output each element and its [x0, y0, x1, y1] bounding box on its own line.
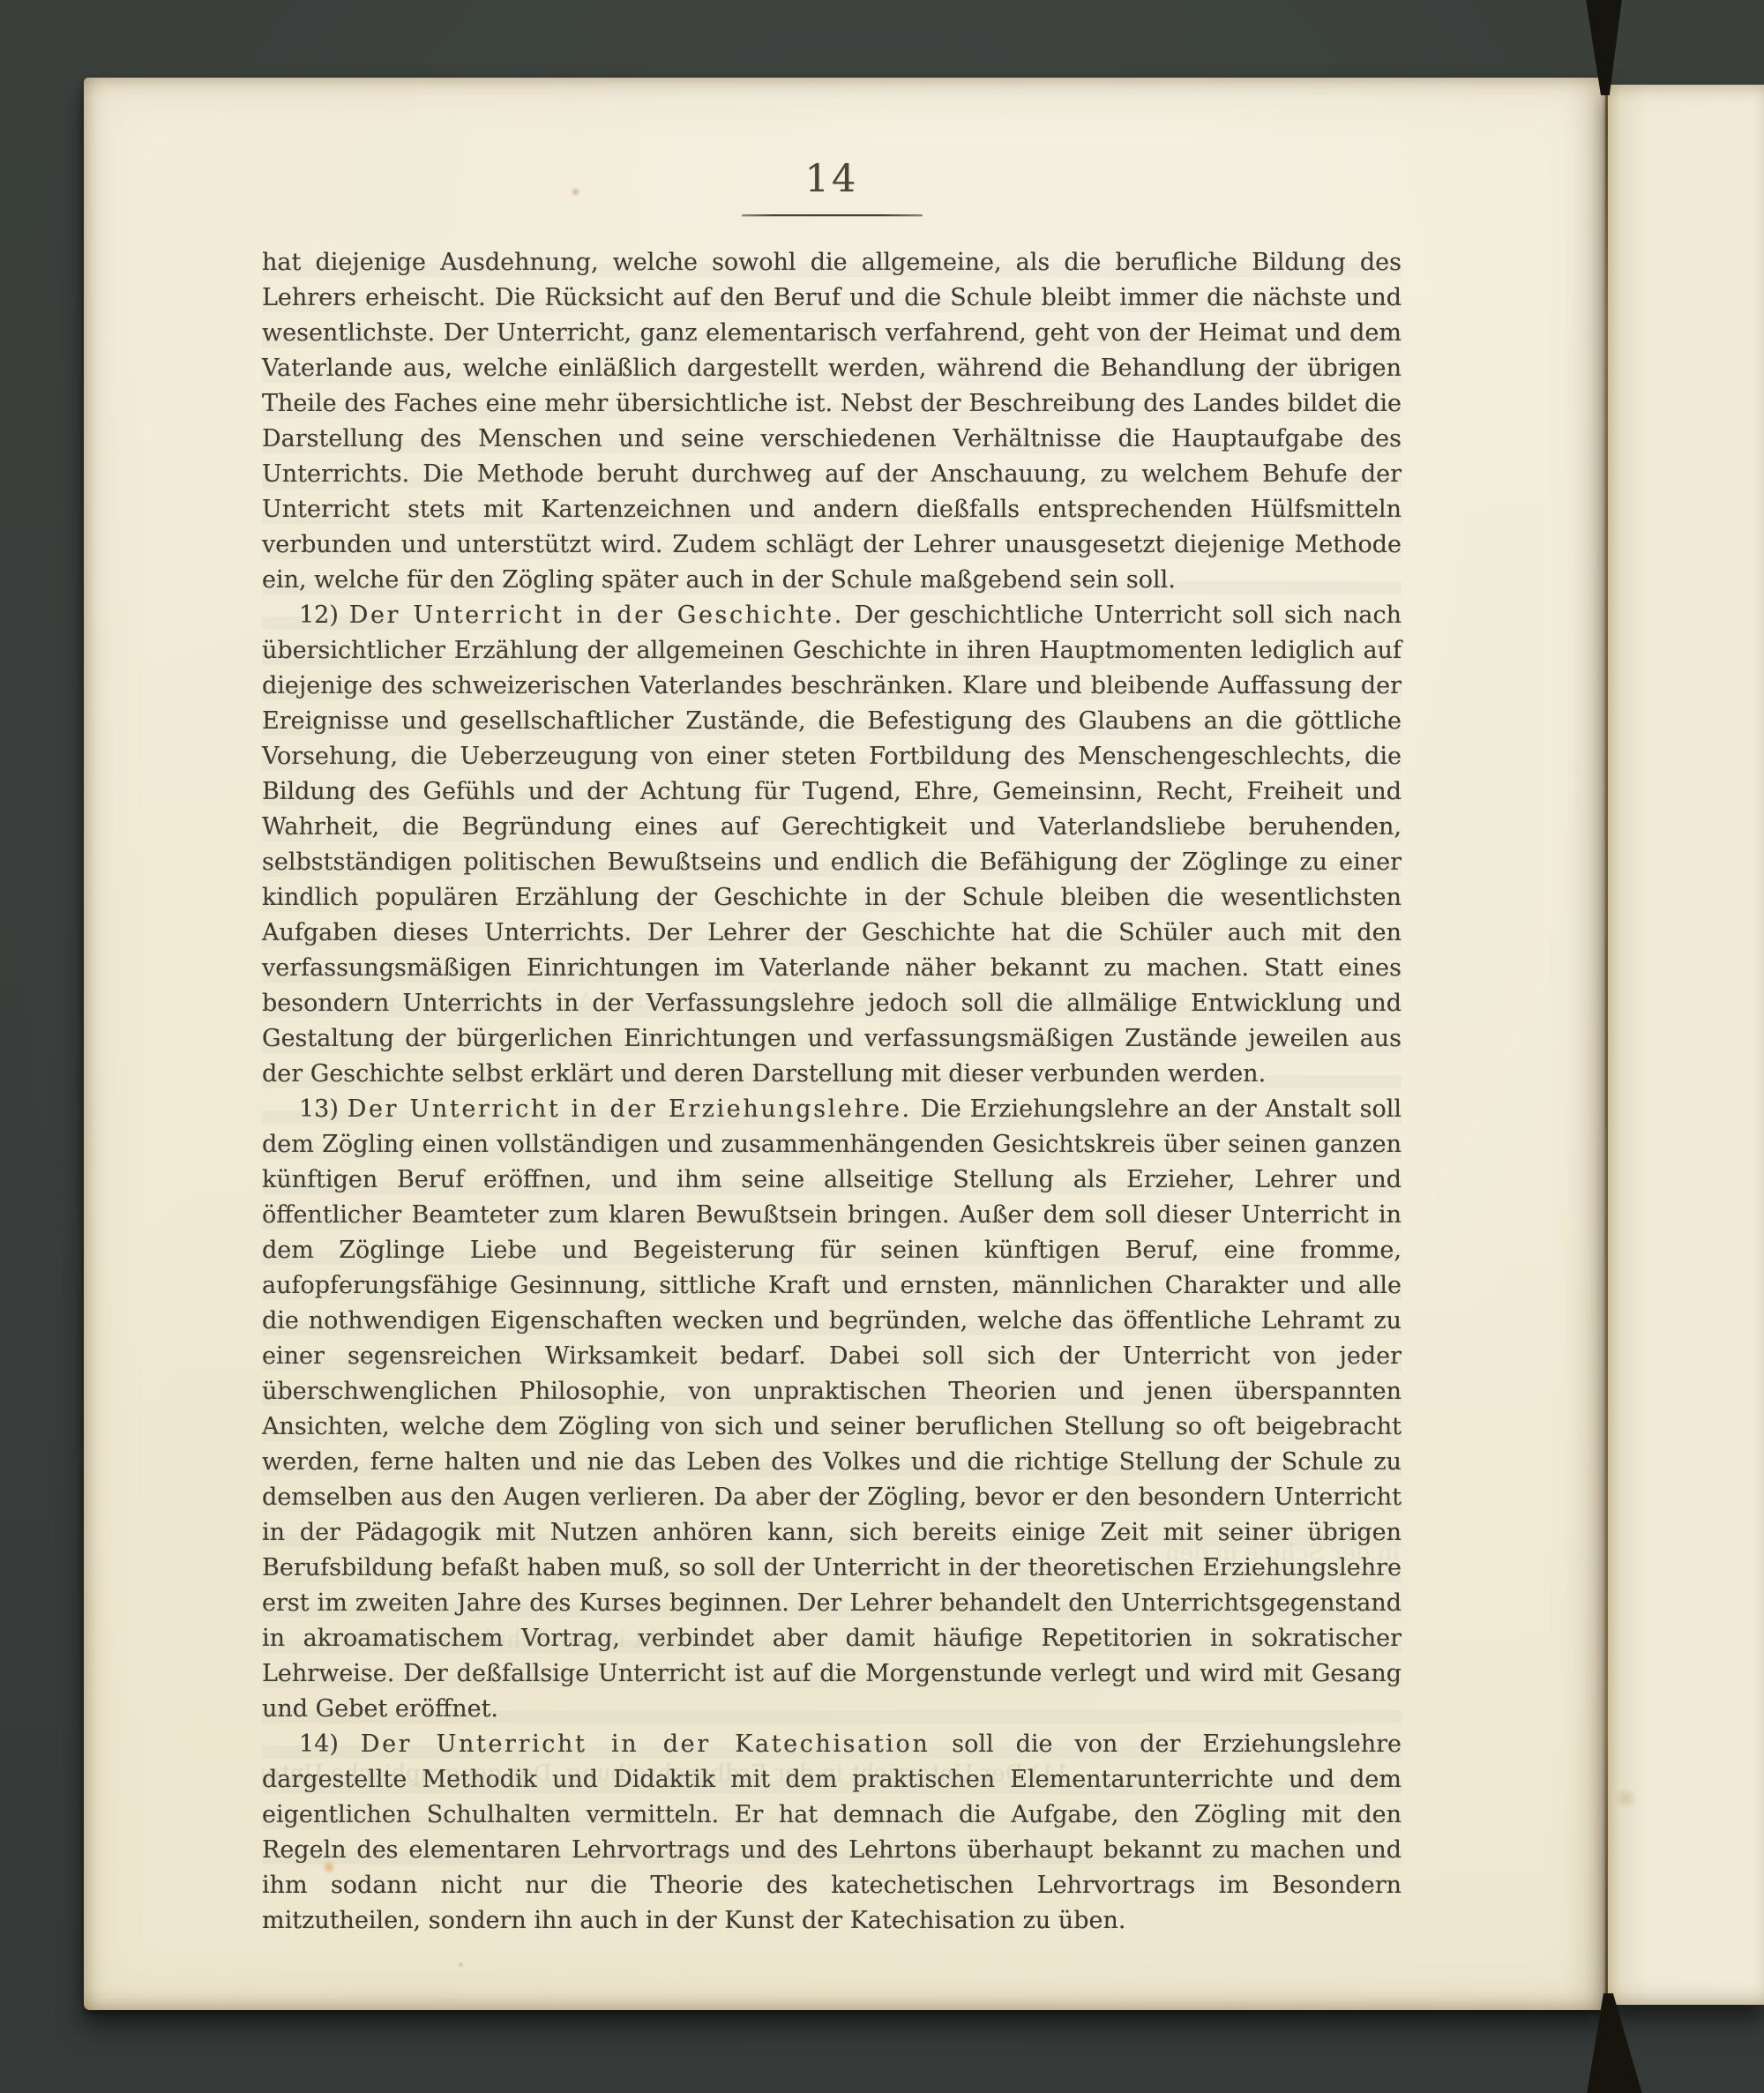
body-text-run: 13) — [299, 1095, 348, 1123]
body-text-run: Die Erziehungslehre an der Anstalt soll … — [262, 1095, 1401, 1723]
emphasized-heading: Der Unterricht in der Erziehungslehre. — [348, 1095, 912, 1123]
page-number: 14 — [262, 157, 1401, 201]
paragraph-continuation-paragraph: hat diejenige Ausdehnung, welche sowohl … — [262, 245, 1401, 598]
emphasized-heading: Der Unterricht in der Katechisation — [361, 1730, 931, 1758]
body-text-run: hat diejenige Ausdehnung, welche sowohl … — [262, 249, 1401, 594]
page-text: hat diejenige Ausdehnung, welche sowohl … — [262, 245, 1401, 1939]
body-text-run: Der geschichtliche Unterricht soll sich … — [262, 602, 1401, 1088]
paragraph-section-12: 12) Der Unterricht in der Geschichte. De… — [262, 598, 1401, 1092]
age-smudge — [1612, 1789, 1639, 1808]
emphasized-heading: Der Unterricht in der Geschichte. — [349, 602, 844, 629]
book-scan: 14 sondern auch, wo es geschehen muß, di… — [0, 0, 1764, 2093]
paragraph-section-14: 14) Der Unterricht in der Katechisation … — [262, 1727, 1401, 1939]
body-text-run: 14) — [299, 1730, 361, 1758]
body-text-run: 12) — [299, 602, 349, 629]
right-page-edge — [1608, 85, 1764, 2005]
foxing-spot — [458, 1962, 464, 1968]
body-text-run: soll die von der Erziehungslehre dargest… — [262, 1730, 1401, 1934]
left-page: 14 sondern auch, wo es geschehen muß, di… — [84, 78, 1607, 2010]
page-number-rule — [742, 214, 923, 216]
paragraph-section-13: 13) Der Unterricht in der Erziehungslehr… — [262, 1092, 1401, 1727]
